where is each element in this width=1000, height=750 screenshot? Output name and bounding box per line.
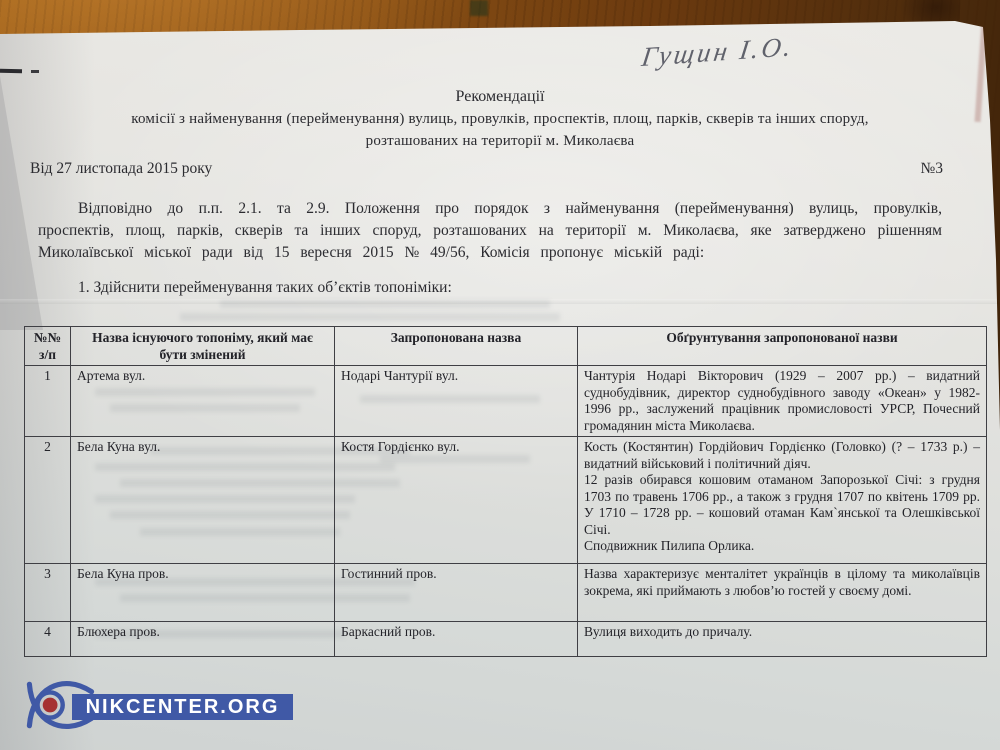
document-number: №3 xyxy=(920,160,943,178)
toponyms-table: №№ з/п Назва існуючого топоніму, який ма… xyxy=(24,326,987,657)
new-name: Гостинний пров. xyxy=(335,564,578,622)
intro-paragraph: Відповідно до п.п. 2.1. та 2.9. Положенн… xyxy=(38,198,942,264)
row-number: 4 xyxy=(25,622,71,657)
bleedthrough-artifact xyxy=(220,300,550,308)
title-line-3: розташованих на території м. Миколаєва xyxy=(0,130,1000,152)
new-name: Баркасний пров. xyxy=(335,622,578,657)
paper-sheet: Гущин І.О. Рекомендації комісії з наймен… xyxy=(0,0,1000,750)
pen-mark xyxy=(0,69,22,73)
table-row: 2 Бела Куна вул. Костя Гордієнко вул. Ко… xyxy=(25,437,987,564)
table-header-old-name: Назва існуючого топоніму, який має бути … xyxy=(71,327,335,366)
table-header-row: №№ з/п Назва існуючого топоніму, який ма… xyxy=(25,327,987,366)
old-name: Бела Куна вул. xyxy=(71,437,335,564)
date-line: Від 27 листопада 2015 року xyxy=(30,160,212,178)
bleedthrough-artifact xyxy=(180,313,560,321)
table-row: 1 Артема вул. Нодарі Чантурії вул. Чанту… xyxy=(25,366,987,437)
row-number: 2 xyxy=(25,437,71,564)
justification: Назва характеризує менталітет українців … xyxy=(578,564,987,622)
title-line-2: комісії з найменування (перейменування) … xyxy=(0,108,1000,130)
justification: Вулиця виходить до причалу. xyxy=(578,622,987,657)
new-name: Нодарі Чантурії вул. xyxy=(335,366,578,437)
justification: Кость (Костянтин) Гордійович Гордієнко (… xyxy=(578,437,987,564)
document-title: Рекомендації комісії з найменування (пер… xyxy=(0,86,1000,152)
row-number: 3 xyxy=(25,564,71,622)
table-row: 4 Блюхера пров. Баркасний пров. Вулиця в… xyxy=(25,622,987,657)
old-name: Артема вул. xyxy=(71,366,335,437)
table-header-justification: Обґрунтування запропонованої назви xyxy=(578,327,987,366)
photo-of-document: Гущин І.О. Рекомендації комісії з наймен… xyxy=(0,0,1000,750)
title-line-1: Рекомендації xyxy=(0,86,1000,108)
nikcenter-label: NIKCENTER.ORG xyxy=(72,694,293,720)
old-name: Бела Куна пров. xyxy=(71,564,335,622)
row-number: 1 xyxy=(25,366,71,437)
table-row: 3 Бела Куна пров. Гостинний пров. Назва … xyxy=(25,564,987,622)
old-name: Блюхера пров. xyxy=(71,622,335,657)
pen-mark-small xyxy=(31,70,39,73)
justification: Чантурія Нодарі Вікторович (1929 – 2007 … xyxy=(578,366,987,437)
new-name: Костя Гордієнко вул. xyxy=(335,437,578,564)
list-item-1: 1. Здійснити перейменування таких об’єкт… xyxy=(78,279,452,297)
table-header-number: №№ з/п xyxy=(25,327,71,366)
table-header-new-name: Запропонована назва xyxy=(335,327,578,366)
desk-wood-streak xyxy=(470,0,488,16)
